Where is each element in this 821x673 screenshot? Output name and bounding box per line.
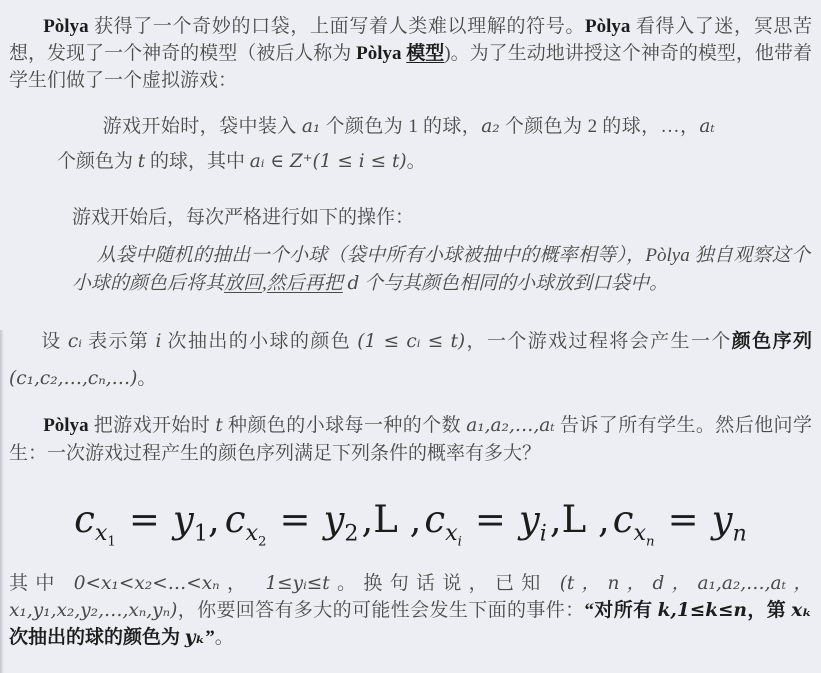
text-run: 个颜色为 2 的球，…， <box>500 116 700 137</box>
math-var: c <box>424 498 445 541</box>
text-run: 的球，其中 <box>145 151 250 172</box>
equals-sign: = <box>668 498 699 541</box>
bold-term: 颜色序列 <box>732 331 812 352</box>
subscript: i <box>540 520 547 546</box>
text-run: 把游戏开始时 <box>89 415 216 436</box>
comma-separator: , <box>208 498 220 541</box>
math-run: t <box>215 415 222 436</box>
math-var: x <box>95 520 108 546</box>
text-run: 表示第 <box>82 331 156 352</box>
math-index: 2 <box>258 535 266 550</box>
math-run: 0<x₁<x₂<…<xₙ <box>74 573 220 594</box>
math-run: (c₁,c₂,…,cₙ,…) <box>9 368 137 389</box>
bold-math-run: yₖ <box>185 627 205 648</box>
math-var: y <box>519 498 540 541</box>
bold-math-run: xₖ <box>791 600 812 621</box>
intro-paragraph: Pòlya 获得了一个奇妙的口袋，上面写着人类难以理解的符号。Pòlya 看得入… <box>9 13 812 94</box>
text-run: 。 <box>215 627 234 648</box>
polya-name: Pòlya <box>356 43 406 64</box>
equals-sign: = <box>279 498 310 541</box>
math-run: a₁ <box>302 116 320 137</box>
bold-run: ” <box>205 627 215 648</box>
text-run: 个与其颜色相同的小球放到口袋中。 <box>359 273 668 294</box>
formula-term: cx1=y1 <box>74 498 208 541</box>
math-run: aₜ <box>699 116 715 137</box>
math-run: (1 ≤ cᵢ ≤ t) <box>357 331 465 352</box>
polya-model-term: 模型 <box>406 43 444 64</box>
subscript: x2 <box>245 520 266 546</box>
bold-math-run: k,1≤k≤n <box>658 600 747 621</box>
document-page: Pòlya 获得了一个奇妙的口袋，上面写着人类难以理解的符号。Pòlya 看得入… <box>0 0 821 673</box>
nested-subscript: 2 <box>258 535 266 550</box>
polya-name: Pòlya <box>43 16 88 37</box>
text-run: 种颜色的小球每一种的个数 <box>223 415 466 436</box>
text-run: 个颜色为 1 的球， <box>320 116 481 137</box>
ellipsis-L-glyph: ,L , <box>550 498 610 541</box>
math-var: y <box>323 498 344 541</box>
subscript: xi <box>445 520 462 546</box>
operation-lead-paragraph: 游戏开始后，每次严格进行如下的操作： <box>72 204 812 231</box>
math-run: cᵢ <box>68 331 82 352</box>
text-run: 。换句话说，已知 <box>330 573 560 594</box>
text-run: 。 <box>407 151 426 172</box>
math-var: y <box>173 498 194 541</box>
subscript: n <box>733 520 747 546</box>
math-run: a₁,a₂,…,aₜ <box>466 415 555 436</box>
text-run: 获得了一个奇妙的口袋，上面写着人类难以理解的符号。 <box>89 16 585 37</box>
subscript: 1 <box>194 520 208 546</box>
math-var: c <box>225 498 246 541</box>
math-index: i <box>458 535 462 550</box>
underlined-run: 然后再把 <box>267 273 343 294</box>
text-run: ， <box>220 573 266 594</box>
nested-subscript: n <box>646 535 655 550</box>
math-var: x <box>634 520 647 546</box>
equals-sign: = <box>475 498 506 541</box>
condition-formula: cx1=y1,cx2=y2,L ,cxi=yi,L ,cxn=yn <box>9 498 812 543</box>
text-run: 次抽出的小球的颜色 <box>161 331 357 352</box>
text-run: ，一个游戏过程将会产生一个 <box>465 331 732 352</box>
closing-paragraph: 其中 0<x₁<x₂<…<xₙ， 1≤yᵢ≤t。换句话说，已知 (t，n，d，a… <box>9 570 812 651</box>
subscript: xn <box>634 520 655 546</box>
math-run: a₂ <box>481 116 499 137</box>
text-run: 游戏开始时，袋中装入 <box>103 116 302 137</box>
bold-run: 次抽出的球的颜色为 <box>9 627 185 648</box>
formula-term: cx2=y2 <box>225 498 359 541</box>
math-index: n <box>646 535 655 550</box>
text-run: 设 <box>41 331 68 352</box>
subscript: 2 <box>344 520 358 546</box>
math-var: c <box>613 498 634 541</box>
scan-edge-artifact <box>0 330 4 673</box>
math-index: 2 <box>344 520 358 546</box>
bold-run: “对所有 <box>585 600 658 621</box>
question-paragraph: Pòlya 把游戏开始时 t 种颜色的小球每一种的个数 a₁,a₂,…,aₜ 告… <box>9 412 812 468</box>
math-index: i <box>540 520 547 546</box>
underlined-run: 放回 <box>224 273 262 294</box>
math-run: 1≤yᵢ≤t <box>265 573 329 594</box>
nested-subscript: 1 <box>107 535 115 550</box>
text-run: 游戏开始后，每次严格进行如下的操作： <box>72 207 414 228</box>
nested-subscript: i <box>458 535 462 550</box>
math-index: 1 <box>194 520 208 546</box>
ellipsis-L-glyph: ,L , <box>362 498 422 541</box>
text-run: 其中 <box>9 573 74 594</box>
subscript: x1 <box>95 520 116 546</box>
math-index: 1 <box>107 535 115 550</box>
text-run: 个颜色为 <box>57 151 138 172</box>
math-run: aᵢ ∈ Z⁺(1 ≤ i ≤ t) <box>250 151 407 172</box>
math-var: c <box>74 498 95 541</box>
setup-paragraph: 游戏开始时，袋中装入 a₁ 个颜色为 1 的球，a₂ 个颜色为 2 的球，…，a… <box>57 109 715 179</box>
math-var: y <box>712 498 733 541</box>
math-index: n <box>733 520 747 546</box>
formula-term: cxn=yn <box>613 498 747 541</box>
text-run: ，你要回答有多大的可能性会发生下面的事件： <box>177 600 584 621</box>
color-sequence-paragraph: 设 cᵢ 表示第 i 次抽出的小球的颜色 (1 ≤ cᵢ ≤ t)，一个游戏过程… <box>9 323 812 397</box>
formula-term: cxi=yi <box>424 498 547 541</box>
math-var: x <box>245 520 258 546</box>
operation-detail-paragraph: 从袋中随机的抽出一个小球（袋中所有小球被抽中的概率相等），Pòlya 独自观察这… <box>72 242 810 298</box>
equals-sign: = <box>129 498 160 541</box>
math-run: d <box>348 273 360 294</box>
bold-run: ，第 <box>747 600 791 621</box>
polya-name: Pòlya <box>585 16 630 37</box>
polya-name: Pòlya <box>43 415 88 436</box>
math-var: x <box>445 520 458 546</box>
text-run: 。 <box>137 368 156 389</box>
